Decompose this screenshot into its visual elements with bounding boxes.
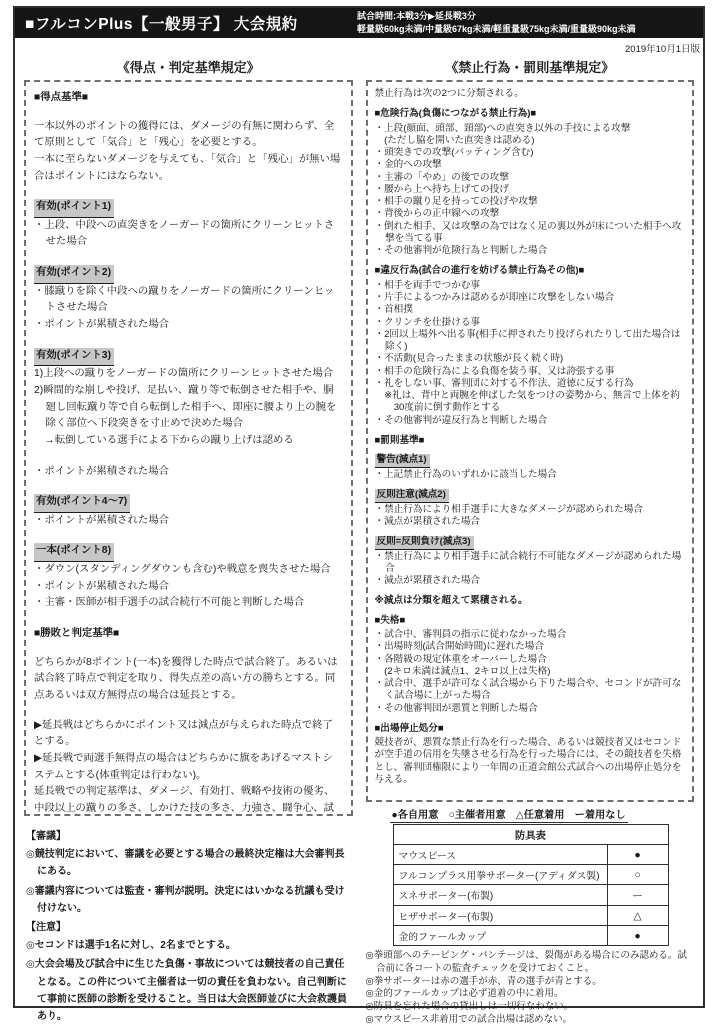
- text-line: ▶延長戦はどちらかにポイント又は減点が与えられた時点で終了とする。: [34, 718, 343, 751]
- text-line: ※減点は分類を超えて累積される。: [375, 595, 686, 607]
- gear-item-mark: ー: [607, 885, 668, 906]
- text-line: ・主審の「やめ」の後での攻撃: [375, 172, 686, 184]
- text-line: ・ポイントが累積された場合: [34, 317, 343, 334]
- text-line: →転倒している選手による下からの蹴り上げは認める: [34, 433, 343, 450]
- text-line: 一本以外のポイントの獲得には、ダメージの有無に関わらず、全て原則として「気合」と…: [34, 119, 343, 152]
- gear-table-row: 金的ファールカップ●: [393, 926, 668, 946]
- gear-item-label: スネサポーター(布製): [393, 885, 607, 906]
- text-line: ◎マウスピース非着用での試合出場は認めない。: [366, 1014, 695, 1024]
- edition-date: 2019年10月1日版: [15, 38, 703, 55]
- scoring-rules-box: ■得点基準■一本以外のポイントの獲得には、ダメージの有無に関わらず、全て原則とし…: [24, 80, 353, 816]
- text-line: ・相手の危険行為による負傷を装う事、又は誇張する事: [375, 366, 686, 378]
- highlighted-heading: 反則=反則負け(減点3): [375, 536, 474, 550]
- text-line: 有効(ポイント3): [34, 348, 343, 367]
- text-line: ・減点が累積された場合: [375, 575, 686, 587]
- text-line: どちらかが8ポイント(一本)を獲得した時点で試合終了。あるいは試合終了時点で判定…: [34, 655, 343, 705]
- highlighted-heading: 有効(ポイント3): [34, 348, 114, 367]
- text-line: 【注意】: [26, 919, 351, 936]
- text-line: ・膝蹴りを除く中段への蹴りをノーガードの箇所にクリーンヒットさせた場合: [34, 284, 343, 317]
- gear-table-row: フルコンプラス用拳サポーター(アディダス製)○: [393, 865, 668, 885]
- text-line: (2キロ未満は減点1、2キロ以上は失格): [375, 666, 686, 678]
- highlighted-heading: 反則注意(減点2): [375, 489, 449, 503]
- gear-item-mark: ●: [607, 845, 668, 865]
- text-line: ■違反行為(試合の進行を妨げる禁止行為その他)■: [375, 265, 686, 277]
- text-line: 反則=反則負け(減点3): [375, 536, 686, 550]
- text-line: ・クリンチを仕掛ける事: [375, 317, 686, 329]
- text-line: 一本に至らないダメージを与えても、「気合」と「残心」が無い場合はポイントにはなら…: [34, 152, 343, 185]
- text-line: ※礼は、背中と両腕を伸ばした気をつけの姿勢から、無言で上体を約30度前に倒す動作…: [375, 390, 686, 415]
- text-line: ・ダウン(スタンディングダウンも含む)や戦意を喪失させた場合: [34, 562, 343, 579]
- text-line: 【審議】: [26, 828, 351, 845]
- gear-item-mark: △: [607, 906, 668, 926]
- text-line: ■勝敗と判定基準■: [34, 626, 343, 643]
- content-columns: 《得点・判定基準規定》 ■得点基準■一本以外のポイントの獲得には、ダメージの有無…: [15, 55, 703, 1024]
- text-line: ・腰から上へ持ち上げての投げ: [375, 184, 686, 196]
- gear-item-label: ヒザサポーター(布製): [393, 906, 607, 926]
- text-line: ◎拳頭部へのテーピング・バンテージは、裂傷がある場合にのみ認める。試合前に各コー…: [366, 950, 695, 976]
- document-page: ■フルコンPlus【一般男子】 大会規約 試合時間:本戦3分▶延長戦3分 軽量級…: [13, 6, 705, 1008]
- text-line: ・その他審判が違反行為と判断した場合: [375, 415, 686, 427]
- text-line: ・金的への攻撃: [375, 159, 686, 171]
- text-line: 有効(ポイント2): [34, 265, 343, 284]
- text-line: ◎金的ファールカップは必ず道着の中に着用。: [366, 988, 695, 1001]
- text-line: ・試合中、選手が許可なく試合場から下りた場合や、セコンドが許可なく試合場に上がっ…: [375, 678, 686, 703]
- text-line: ■出場停止処分■: [375, 723, 686, 735]
- document-title: ■フルコンPlus【一般男子】 大会規約: [25, 12, 357, 34]
- gear-table-title: 防具表: [393, 825, 668, 845]
- text-line: ◎拳サポーターは赤の選手が赤、青の選手が青とする。: [366, 976, 695, 989]
- text-line: ・首相撲: [375, 304, 686, 316]
- deliberation-caution-notes: 【審議】◎競技判定において、審議を必要とする場合の最終決定権は大会審判長にある。…: [26, 828, 351, 1024]
- gear-table-body: マウスピース●フルコンプラス用拳サポーター(アディダス製)○スネサポーター(布製…: [393, 845, 668, 946]
- text-line: ・片手によるつかみは認めるが即座に攻撃をしない場合: [375, 292, 686, 304]
- text-line: 反則注意(減点2): [375, 489, 686, 503]
- gear-table-row: スネサポーター(布製)ー: [393, 885, 668, 906]
- text-line: ■罰則基準■: [375, 435, 686, 447]
- text-line: ・倒れた相手、又は攻撃の為ではなく足の裏以外が床についた相手へ攻撃を当てる事: [375, 221, 686, 246]
- text-line: ・相手の蹴り足を持っての投げや攻撃: [375, 196, 686, 208]
- text-line: ・主審・医師が相手選手の試合続行不可能と判断した場合: [34, 595, 343, 612]
- scoring-section-title: 《得点・判定基準規定》: [24, 57, 353, 76]
- gear-table-row: ヒザサポーター(布製)△: [393, 906, 668, 926]
- text-line: ■失格■: [375, 615, 686, 627]
- gear-table: 防具表 マウスピース●フルコンプラス用拳サポーター(アディダス製)○スネサポータ…: [393, 824, 669, 946]
- text-line: 有効(ポイント4〜7): [34, 494, 343, 513]
- text-line: ◎競技判定において、審議を必要とする場合の最終決定権は大会審判長にある。: [26, 846, 351, 880]
- gear-item-label: マウスピース: [393, 845, 607, 865]
- text-line: ・禁止行為により相手選手に試合続行不可能なダメージが認められた場合: [375, 551, 686, 576]
- prohibited-rules-box: 禁止行為は次の2つに分類される。■危険行為(負傷につながる禁止行為)■・上段(顔…: [366, 80, 695, 802]
- text-line: ◎審議内容については監査・審判が説明。決定にはいかなる抗議も受け付けない。: [26, 883, 351, 917]
- match-info: 試合時間:本戦3分▶延長戦3分 軽量級60kg未満/中量級67kg未満/軽重量級…: [357, 10, 636, 37]
- text-line: ◎大会会場及び試合中に生じた負傷・事故については競技者の自己責任となる。この件に…: [26, 956, 351, 1024]
- text-line: ・背後からの正中線への攻撃: [375, 208, 686, 220]
- text-line: ・出場時刻(試合開始時間)に遅れた場合: [375, 641, 686, 653]
- highlighted-heading: 一本(ポイント8): [34, 543, 114, 562]
- text-line: ・各階級の規定体重をオーバーした場合: [375, 654, 686, 666]
- text-line: ・その他審判団が悪質と判断した場合: [375, 703, 686, 715]
- text-line: 有効(ポイント1): [34, 199, 343, 218]
- text-line: 2)瞬間的な崩しや投げ、足払い、蹴り等で転倒させた相手や、胴廻し回転蹴り等で自ら…: [34, 383, 343, 433]
- text-line: 延長戦での判定基準は、ダメージ、有効打、戦略や技術の優劣、中段以上の蹴りの多さ、…: [34, 784, 343, 816]
- gear-item-mark: ○: [607, 865, 668, 885]
- left-column: 《得点・判定基準規定》 ■得点基準■一本以外のポイントの獲得には、ダメージの有無…: [24, 55, 353, 1024]
- header-bar: ■フルコンPlus【一般男子】 大会規約 試合時間:本戦3分▶延長戦3分 軽量級…: [15, 8, 703, 38]
- text-line: 警告(減点1): [375, 454, 686, 468]
- text-line: ・その他審判が危険行為と判断した場合: [375, 245, 686, 257]
- text-line: ・頭突きでの攻撃(バッティング含む): [375, 147, 686, 159]
- text-line: ・2回以上場外へ出る事(相手に押されたり投げられたりして出た場合は除く): [375, 329, 686, 354]
- text-line: ・禁止行為により相手選手に大きなダメージが認められた場合: [375, 504, 686, 516]
- text-line: ・ポイントが累積された場合: [34, 513, 343, 530]
- prohibited-section-title: 《禁止行為・罰則基準規定》: [366, 57, 695, 76]
- gear-item-label: フルコンプラス用拳サポーター(アディダス製): [393, 865, 607, 885]
- text-line: ◎防具を忘れた場合の貸出しは一切行なわない。: [366, 1001, 695, 1014]
- gear-notes: ◎拳頭部へのテーピング・バンテージは、裂傷がある場合にのみ認める。試合前に各コー…: [366, 950, 695, 1024]
- text-line: 1)上段への蹴りをノーガードの箇所にクリーンヒットさせた場合: [34, 366, 343, 383]
- text-line: ・礼をしない事、審判団に対する不作法、道徳に反する行為: [375, 378, 686, 390]
- text-line: 競技者が、悪質な禁止行為を行った場合、あるいは競技者又はセコンドが空手道の信用を…: [375, 737, 686, 786]
- gear-table-row: マウスピース●: [393, 845, 668, 865]
- text-line: ■得点基準■: [34, 90, 343, 107]
- text-line: ◎セコンドは選手1名に対し、2名までとする。: [26, 937, 351, 954]
- weight-class-info: 軽量級60kg未満/中量級67kg未満/軽重量級75kg未満/重量級90kg未満: [357, 23, 636, 37]
- highlighted-heading: 有効(ポイント2): [34, 265, 114, 284]
- right-column: 《禁止行為・罰則基準規定》 禁止行為は次の2つに分類される。■危険行為(負傷につ…: [366, 55, 695, 1024]
- text-line: ■危険行為(負傷につながる禁止行為)■: [375, 108, 686, 120]
- highlighted-heading: 警告(減点1): [375, 454, 430, 468]
- highlighted-heading: 有効(ポイント1): [34, 199, 114, 218]
- text-line: 禁止行為は次の2つに分類される。: [375, 88, 686, 100]
- text-line: ・ポイントが累積された場合: [34, 579, 343, 596]
- gear-table-header-row: 防具表: [393, 825, 668, 845]
- text-line: ▶延長戦で両選手無得点の場合はどちらかに旗をあげるマストシステムとする(体重判定…: [34, 751, 343, 784]
- text-line: ・ポイントが累積された場合: [34, 464, 343, 481]
- match-time-info: 試合時間:本戦3分▶延長戦3分: [357, 10, 636, 24]
- text-line: ・不活動(見合ったままの状態が長く続く時): [375, 353, 686, 365]
- text-line: ・試合中、審判員の指示に従わなかった場合: [375, 629, 686, 641]
- text-line: (ただし脇を開いた直突きは認める): [375, 135, 686, 147]
- text-line: ・減点が累積された場合: [375, 516, 686, 528]
- text-line: ・上段(顔面、頭部、頸部)への直突き以外の手技による攻撃: [375, 123, 686, 135]
- highlighted-heading: 有効(ポイント4〜7): [34, 494, 130, 513]
- gear-item-mark: ●: [607, 926, 668, 946]
- text-line: 一本(ポイント8): [34, 543, 343, 562]
- gear-legend: ●各自用意 ○主催者用意 △任意着用 ー着用なし: [390, 806, 628, 823]
- text-line: ・上記禁止行為のいずれかに該当した場合: [375, 469, 686, 481]
- text-line: ・相手を両手でつかむ事: [375, 280, 686, 292]
- text-line: ・上段、中段への直突きをノーガードの箇所にクリーンヒットさせた場合: [34, 218, 343, 251]
- gear-item-label: 金的ファールカップ: [393, 926, 607, 946]
